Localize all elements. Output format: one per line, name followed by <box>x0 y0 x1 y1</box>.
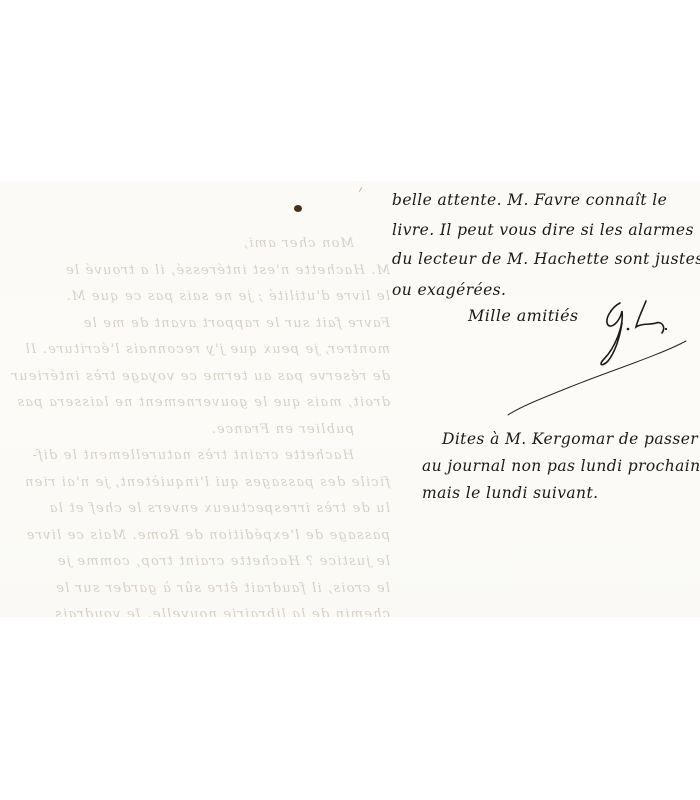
bleed-line: Mon cher ami, <box>50 231 390 258</box>
bleed-line: droit, mais que le gouvernement ne laiss… <box>50 390 390 417</box>
bleed-line: montrer, je peux que j'y reconnais l'écr… <box>50 337 390 364</box>
bleed-line: de réserve pas au terme ce voyage très i… <box>50 364 390 391</box>
bleed-line: M. Hachette n'est intéressé, il a trouvé… <box>50 258 390 285</box>
postscript-line-3: mais le lundi suivant. <box>422 484 598 502</box>
bleed-line: Hachette craint très naturellement le di… <box>50 443 390 470</box>
bleed-line: le justice ? Hachette craint trop, comme… <box>50 549 390 576</box>
body-line-1: belle attente. M. Favre connaît le <box>392 191 667 209</box>
signature-flourish <box>490 311 700 421</box>
body-line-3: du lecteur de M. Hachette sont justes <box>392 250 700 268</box>
paper-mark <box>359 187 362 192</box>
bleed-through-text: Mon cher ami, M. Hachette n'est intéress… <box>50 231 390 617</box>
postscript-line-1: Dites à M. Kergomar de passer <box>442 430 698 448</box>
letter-paper: Mon cher ami, M. Hachette n'est intéress… <box>0 181 700 617</box>
bleed-line: publier en France. <box>50 417 390 444</box>
bleed-line: le crois, il faudrait être sûr à garder … <box>50 576 390 603</box>
ink-blot <box>294 205 302 212</box>
bleed-line: le livre d'utilité ; je ne sais pas ce q… <box>50 284 390 311</box>
bleed-line: ficile des passages qui l'inquiètent, je… <box>50 470 390 497</box>
body-line-2: livre. Il peut vous dire si les alarmes <box>392 221 694 239</box>
bleed-line: chemin de la librairie nouvelle. Je voud… <box>50 602 390 617</box>
postscript-line-2: au journal non pas lundi prochain, <box>422 457 700 475</box>
bleed-line: Favre fait sur le rapport avant de me le <box>50 311 390 338</box>
bleed-line: lu de très irrespectueux envers le chef … <box>50 496 390 523</box>
body-line-4: ou exagérées. <box>392 281 506 299</box>
bleed-line: passage de l'expédition de Rome. Mais ce… <box>50 523 390 550</box>
